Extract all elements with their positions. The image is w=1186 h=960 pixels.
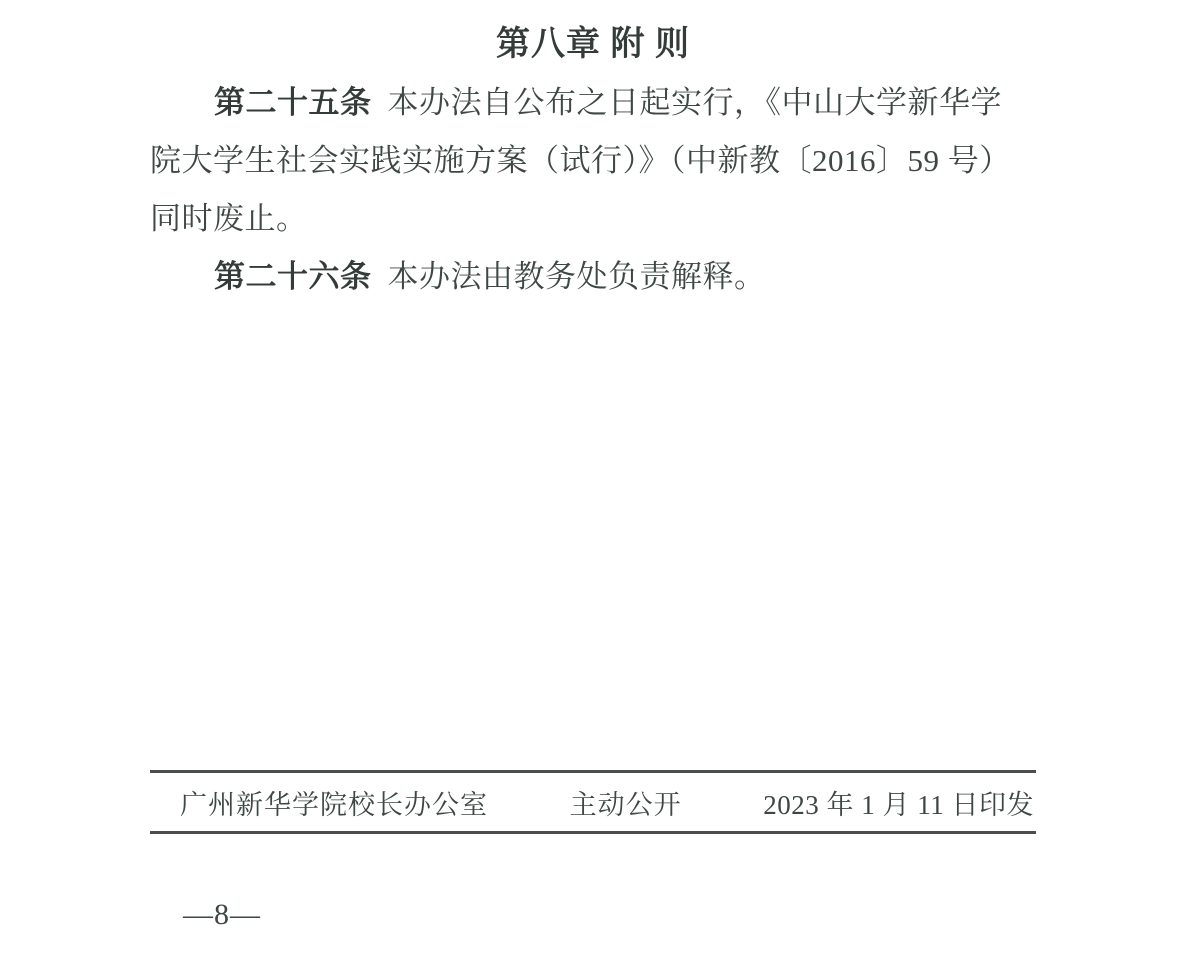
- body-line-text: 同时废止。: [150, 201, 308, 236]
- issuance-footer: 广州新华学院校长办公室 主动公开 2023 年 1 月 11 日印发: [150, 770, 1036, 834]
- print-date-label: 2023 年 1 月 11 日印发: [763, 783, 1034, 822]
- disclosure-type-label: 主动公开: [570, 783, 682, 822]
- body-line-text: 本办法自公布之日起实行，《中山大学新华学: [388, 85, 1003, 120]
- body-line: 院大学生社会实践实施方案（试行）》（中新教〔2016〕59 号）: [150, 132, 1060, 190]
- body-line-text: 院大学生社会实践实施方案（试行）》（中新教〔2016〕59 号）: [150, 143, 1011, 178]
- document-body: 第二十五条本办法自公布之日起实行，《中山大学新华学 院大学生社会实践实施方案（试…: [150, 74, 1060, 306]
- body-line: 第二十六条本办法由教务处负责解释。: [150, 248, 1060, 306]
- chapter-title: 第八章 附 则: [0, 16, 1186, 65]
- article-number-label: 第二十五条: [214, 85, 372, 120]
- body-line: 第二十五条本办法自公布之日起实行，《中山大学新华学: [150, 74, 1060, 132]
- article-number-label: 第二十六条: [214, 259, 372, 294]
- issuing-office-label: 广州新华学院校长办公室: [180, 783, 488, 822]
- page-number: —8—: [183, 898, 261, 932]
- body-line-text: 本办法由教务处负责解释。: [388, 259, 766, 294]
- document-page: 第八章 附 则 第二十五条本办法自公布之日起实行，《中山大学新华学 院大学生社会…: [0, 0, 1186, 960]
- body-line: 同时废止。: [150, 190, 1060, 248]
